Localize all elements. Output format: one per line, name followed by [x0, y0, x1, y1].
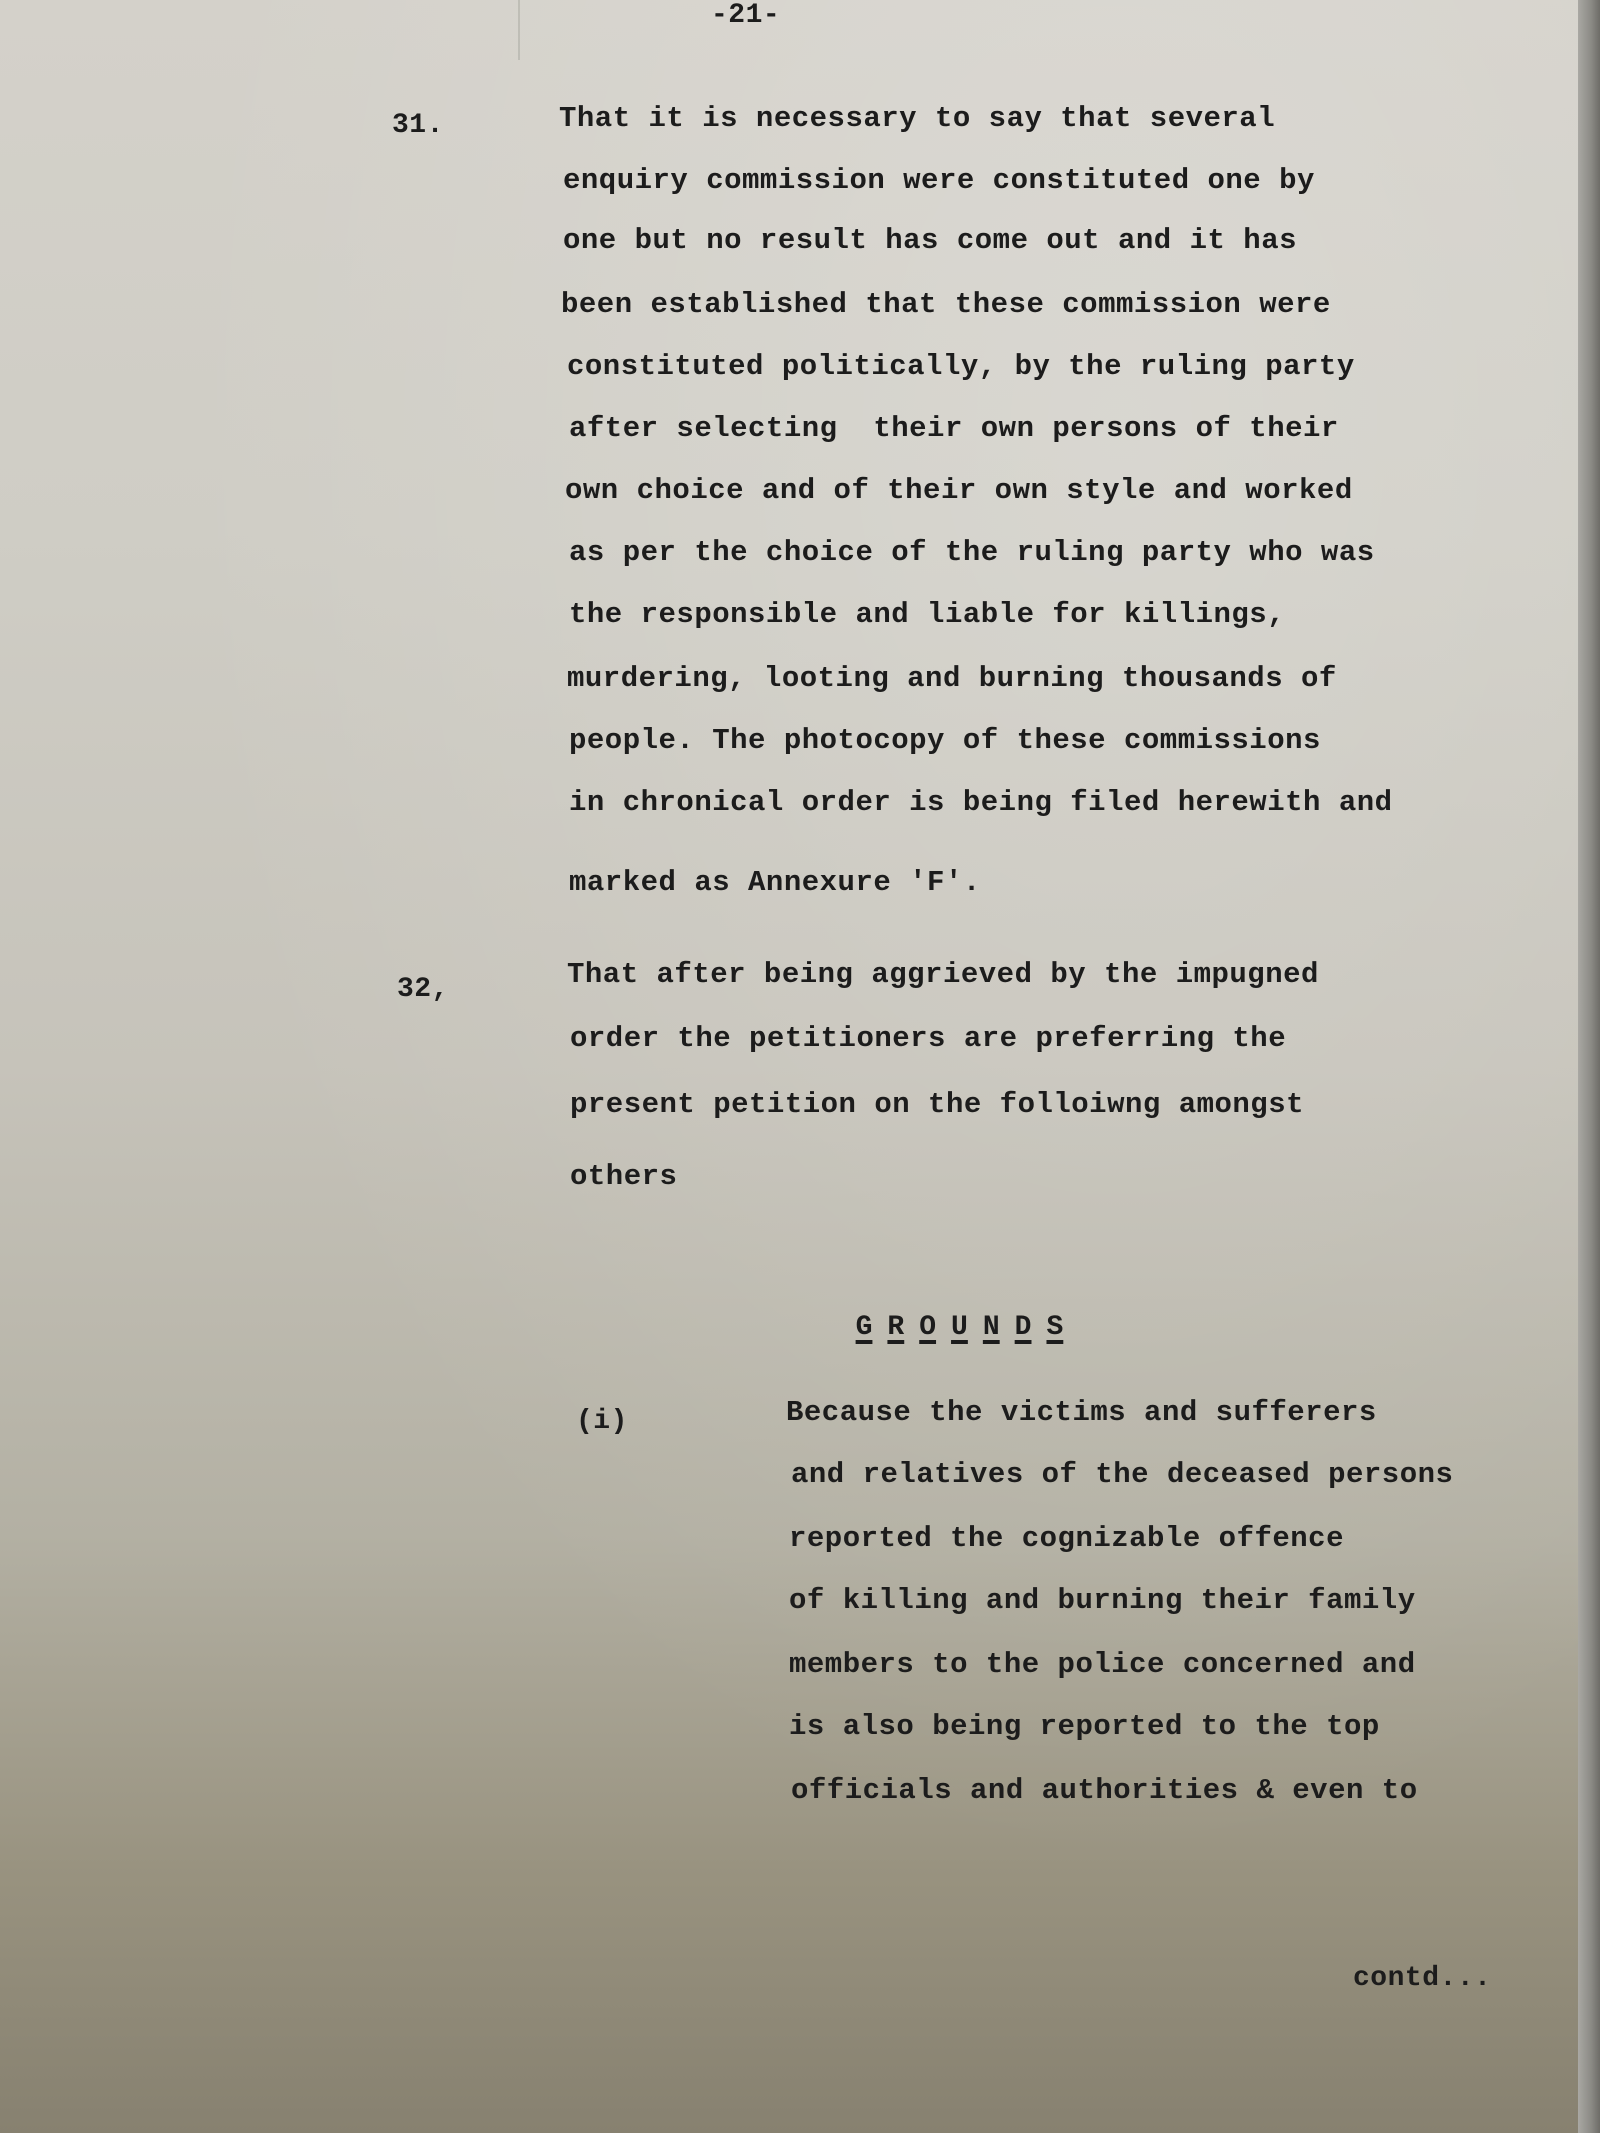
heading-letter: S: [1046, 1314, 1063, 1342]
heading-letter: R: [887, 1314, 904, 1342]
paragraph-line: others: [570, 1162, 677, 1191]
paragraph-line: as per the choice of the ruling party wh…: [569, 538, 1375, 567]
paragraph-line: own choice and of their own style and wo…: [565, 476, 1353, 505]
ground-line: and relatives of the deceased persons: [791, 1460, 1453, 1489]
paragraph-number-32: 32,: [397, 976, 449, 1004]
ground-line: is also being reported to the top: [789, 1712, 1380, 1741]
heading-letter: U: [951, 1314, 968, 1342]
heading-letter: G: [856, 1314, 873, 1342]
page-edge: [1578, 0, 1600, 2133]
ground-line: officials and authorities & even to: [791, 1776, 1418, 1805]
heading-letter: O: [919, 1314, 936, 1342]
page-number: -21-: [711, 2, 780, 30]
paragraph-line: people. The photocopy of these commissio…: [569, 726, 1321, 755]
paragraph-number-31: 31.: [392, 112, 444, 140]
ground-line: of killing and burning their family: [789, 1586, 1416, 1615]
paper-crease: [518, 0, 520, 60]
ground-line: reported the cognizable offence: [789, 1524, 1344, 1553]
continuation-note: contd...: [1353, 1965, 1491, 1993]
ground-line: Because the victims and sufferers: [786, 1398, 1377, 1427]
paragraph-line: present petition on the folloiwng amongs…: [570, 1090, 1304, 1119]
ground-line: members to the police concerned and: [789, 1650, 1416, 1679]
paragraph-line: constituted politically, by the ruling p…: [567, 352, 1355, 381]
paragraph-line: enquiry commission were constituted one …: [563, 166, 1315, 195]
ground-number-i: (i): [576, 1408, 628, 1436]
paragraph-line: the responsible and liable for killings,: [569, 600, 1285, 629]
paragraph-line: one but no result has come out and it ha…: [563, 226, 1297, 255]
paragraph-line: been established that these commission w…: [561, 290, 1331, 319]
grounds-heading: GROUNDS: [822, 1286, 1078, 1342]
paragraph-line: marked as Annexure 'F'.: [569, 868, 981, 897]
paragraph-line: That after being aggrieved by the impugn…: [567, 960, 1319, 989]
paragraph-line: That it is necessary to say that several: [559, 104, 1275, 133]
heading-letter: D: [1015, 1314, 1032, 1342]
paragraph-line: order the petitioners are preferring the: [570, 1024, 1286, 1053]
paragraph-line: after selecting their own persons of the…: [569, 414, 1339, 443]
heading-letter: N: [983, 1314, 1000, 1342]
paragraph-line: in chronical order is being filed herewi…: [569, 788, 1393, 817]
paragraph-line: murdering, looting and burning thousands…: [567, 664, 1337, 693]
